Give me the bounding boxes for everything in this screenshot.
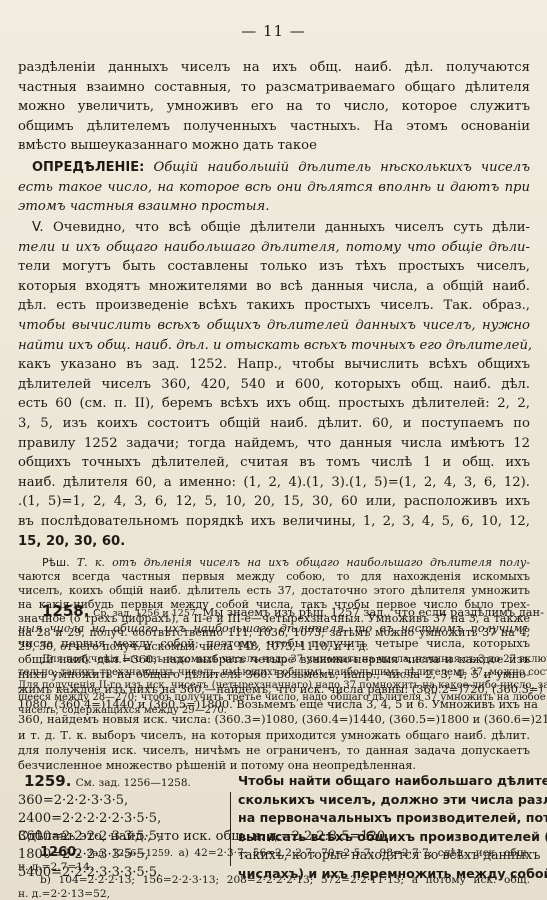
text-line: тели и ихъ общаго наибольшаго дѣлителя, … <box>18 238 530 258</box>
problem-reference: Ср. зад. 1256 и 1257. <box>93 608 199 619</box>
definition-label: ОПРЕДѢЛЕНІЕ: <box>32 160 144 175</box>
problem-reference: Зад. 1256—1259. <box>87 848 173 859</box>
text-line: правилу 1252 задачи; тогда найдемъ, что … <box>18 434 530 454</box>
text-line: вмѣсто вышеуказаннаго можно дать такое <box>18 136 530 156</box>
section-label: V. <box>32 220 44 235</box>
problem-number: 1260. <box>40 845 81 860</box>
text-line: чиселъ, коихъ общій наиб. дѣлитель есть … <box>18 584 530 598</box>
definition-line: этомъ частныя взаимно простыя. <box>18 197 530 217</box>
text-line: жимъ каждое изъ нихъ на 360,—найдемъ, чт… <box>18 682 530 697</box>
text-line: ныя числа на общаго ихъ наибольшаго дѣли… <box>18 621 530 636</box>
text-line: 1260. Зад. 1256—1259. a) 42=2·3·7; 56=2.… <box>18 846 530 861</box>
text-line: дѣл. есть произведеніе всѣхъ такихъ прос… <box>18 296 530 316</box>
problem-number: 1258. <box>42 602 89 620</box>
conclusion-text: Сдѣлавъ это, найд., что иск. общ. н. д.=… <box>18 828 530 846</box>
page-number: — 11 — <box>0 22 547 40</box>
text-line: можно увеличить, умноживъ его на то числ… <box>18 97 530 117</box>
text-line: общихъ точныхъ дѣлителей, считая въ томъ… <box>18 453 530 473</box>
text-line: 1080, (360.4=)1440 и (360.5=)1800. Возьм… <box>18 697 530 712</box>
problem-reference: См. зад. 1256—1258. <box>76 777 191 789</box>
text-line: чтобы вычислить всѣхъ общихъ дѣлителей д… <box>18 316 530 336</box>
text-line: н. д.=2.7=14. <box>18 861 530 875</box>
text-line: 15, 20, 30, 60. <box>18 532 530 552</box>
section-v: V. Очевидно, что всѣ общіе дѣлители данн… <box>18 218 530 551</box>
definition-line: ОПРЕДѢЛЕНІЕ: Общій наибольшій дѣлитель н… <box>18 158 530 178</box>
text-line: 360, найдемъ новыя иск. числа: (360.3=)1… <box>18 712 530 727</box>
text-line: для полученія иск. чиселъ, ничѣмъ не огр… <box>18 743 530 758</box>
text-line: частныя взаимно составныя, то разсматрив… <box>18 78 530 98</box>
text-line: 1259. См. зад. 1256—1258. <box>18 772 228 792</box>
text-line: 1258. Ср. зад. 1256 и 1257. Мы знаемъ из… <box>18 604 530 621</box>
factorization: 2400=2·2·2·2·2·3·5·5, <box>18 810 228 828</box>
rule-line: на первоначальныхъ производителей, потом… <box>238 809 530 828</box>
problem-1259-conclusion-line: Сдѣлавъ это, найд., что иск. общ. н. д.=… <box>18 828 530 846</box>
text-line: есть 60 (см. п. II), беремъ всѣхъ ихъ об… <box>18 394 530 414</box>
text-line: Рѣш. Т. к. отъ дѣленія чиселъ на ихъ общ… <box>18 556 530 570</box>
intro-paragraph: раздѣленіи данныхъ чиселъ на ихъ общ. на… <box>18 58 530 156</box>
text-line: въ послѣдовательномъ порядкѣ ихъ величин… <box>18 512 530 532</box>
book-page: — 11 — раздѣленіи данныхъ чиселъ на ихъ … <box>0 0 547 900</box>
text-line: нихъ умножить на общаго дѣлителя 360. Во… <box>18 667 530 682</box>
text-line: .(1, 5)=1, 2, 4, 3, 6, 12, 5, 10, 20, 15… <box>18 492 530 512</box>
text-line: наиб. дѣлителя 60, а именно: (1, 2, 4).(… <box>18 473 530 493</box>
text-line: н. д.=2·2·13=52, <box>18 888 530 900</box>
text-line: безчисленное множество рѣшеній и потому … <box>18 758 530 773</box>
text-line: общій наиб. дѣл.=360, надо выбрать четыр… <box>18 652 530 667</box>
text-line: какъ указано въ зад. 1252. Напр., чтобы … <box>18 355 530 375</box>
problem-1260: 1260. Зад. 1256—1259. a) 42=2·3·7; 56=2.… <box>18 846 530 900</box>
solution-label: Рѣш. <box>42 556 70 569</box>
text-line: b) 104=2·2·2·13; 156=2·2·3·13; 208=2·2·2… <box>18 874 530 888</box>
definition-line: есть такое число, на которое всѣ они дѣл… <box>18 178 530 198</box>
text-line: раздѣленіи данныхъ чиселъ на ихъ общ. на… <box>18 58 530 78</box>
definition: ОПРЕДѢЛЕНІЕ: Общій наибольшій дѣлитель н… <box>18 158 530 217</box>
rule-line: сколькихъ чиселъ, должно эти числа разло… <box>238 791 530 810</box>
text-line: V. Очевидно, что всѣ общіе дѣлители данн… <box>18 218 530 238</box>
problem-1258-text: 1258. Ср. зад. 1256 и 1257. Мы знаемъ из… <box>18 604 530 773</box>
text-line: 3, 5, изъ коихъ состоитъ общій наиб. дѣл… <box>18 414 530 434</box>
text-line: которыя входятъ множителями во всѣ данны… <box>18 277 530 297</box>
rule-line: Чтобы найти общаго наибольшаго дѣлителя … <box>238 772 530 791</box>
text-line: общимъ дѣлителемъ полученныхъ частныхъ. … <box>18 117 530 137</box>
text-line: тели могутъ быть составлены только изъ т… <box>18 257 530 277</box>
factorization: 360=2·2·2·3·3·5, <box>18 792 228 810</box>
text-line: чаются всегда частныя первыя между собою… <box>18 570 530 584</box>
text-line: числа первыя между собой; поэтому, чтобы… <box>18 636 530 651</box>
problem-number: 1259. <box>24 772 71 790</box>
text-line: найти ихъ общ. наиб. дѣл. и отыскать всѣ… <box>18 336 530 356</box>
text-line: и т. д. Т. к. выборъ чиселъ, на которыя … <box>18 728 530 743</box>
text-line: дѣлителей чиселъ 360, 420, 540 и 600, ко… <box>18 375 530 395</box>
